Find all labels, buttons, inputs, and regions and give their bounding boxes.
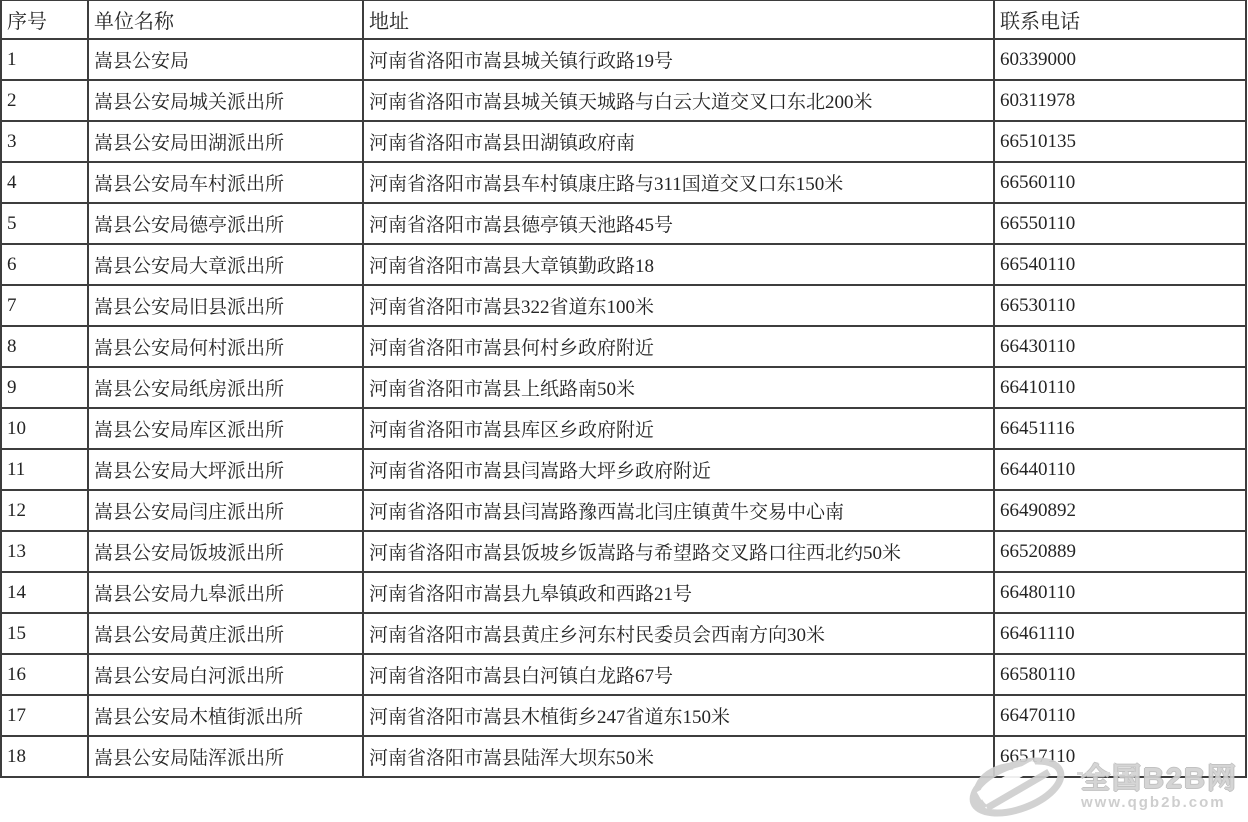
contact-table-sheet: 序号 单位名称 地址 联系电话 1 嵩县公安局 河南省洛阳市嵩县城关镇行政路19… — [0, 0, 1247, 778]
table-row: 1 嵩县公安局 河南省洛阳市嵩县城关镇行政路19号 60339000 — [1, 39, 1246, 80]
cell-phone: 66530110 — [994, 285, 1246, 326]
cell-index: 3 — [1, 121, 88, 162]
cell-name: 嵩县公安局白河派出所 — [88, 654, 363, 695]
cell-address: 河南省洛阳市嵩县城关镇行政路19号 — [363, 39, 994, 80]
table-row: 8 嵩县公安局何村派出所 河南省洛阳市嵩县何村乡政府附近 66430110 — [1, 326, 1246, 367]
cell-address: 河南省洛阳市嵩县德亭镇天池路45号 — [363, 203, 994, 244]
cell-index: 15 — [1, 613, 88, 654]
table-body: 1 嵩县公安局 河南省洛阳市嵩县城关镇行政路19号 60339000 2 嵩县公… — [1, 39, 1246, 777]
cell-index: 5 — [1, 203, 88, 244]
cell-address: 河南省洛阳市嵩县木植街乡247省道东150米 — [363, 695, 994, 736]
table-row: 17 嵩县公安局木植街派出所 河南省洛阳市嵩县木植街乡247省道东150米 66… — [1, 695, 1246, 736]
cell-phone: 66430110 — [994, 326, 1246, 367]
cell-index: 4 — [1, 162, 88, 203]
table-row: 12 嵩县公安局闫庄派出所 河南省洛阳市嵩县闫嵩路豫西嵩北闫庄镇黄牛交易中心南 … — [1, 490, 1246, 531]
table-row: 9 嵩县公安局纸房派出所 河南省洛阳市嵩县上纸路南50米 66410110 — [1, 367, 1246, 408]
cell-name: 嵩县公安局大坪派出所 — [88, 449, 363, 490]
cell-name: 嵩县公安局闫庄派出所 — [88, 490, 363, 531]
cell-address: 河南省洛阳市嵩县田湖镇政府南 — [363, 121, 994, 162]
cell-index: 9 — [1, 367, 88, 408]
cell-name: 嵩县公安局何村派出所 — [88, 326, 363, 367]
cell-name: 嵩县公安局田湖派出所 — [88, 121, 363, 162]
column-header-name: 单位名称 — [88, 0, 363, 39]
cell-phone: 66540110 — [994, 244, 1246, 285]
cell-name: 嵩县公安局 — [88, 39, 363, 80]
cell-phone: 66440110 — [994, 449, 1246, 490]
cell-address: 河南省洛阳市嵩县大章镇勤政路18 — [363, 244, 994, 285]
cell-phone: 66560110 — [994, 162, 1246, 203]
cell-phone: 66510135 — [994, 121, 1246, 162]
cell-name: 嵩县公安局陆浑派出所 — [88, 736, 363, 777]
cell-address: 河南省洛阳市嵩县闫嵩路豫西嵩北闫庄镇黄牛交易中心南 — [363, 490, 994, 531]
cell-address: 河南省洛阳市嵩县322省道东100米 — [363, 285, 994, 326]
table-row: 11 嵩县公安局大坪派出所 河南省洛阳市嵩县闫嵩路大坪乡政府附近 6644011… — [1, 449, 1246, 490]
cell-index: 11 — [1, 449, 88, 490]
cell-address: 河南省洛阳市嵩县城关镇天城路与白云大道交叉口东北200米 — [363, 80, 994, 121]
cell-address: 河南省洛阳市嵩县九皋镇政和西路21号 — [363, 572, 994, 613]
table-row: 5 嵩县公安局德亭派出所 河南省洛阳市嵩县德亭镇天池路45号 66550110 — [1, 203, 1246, 244]
cell-phone: 60339000 — [994, 39, 1246, 80]
cell-index: 1 — [1, 39, 88, 80]
cell-name: 嵩县公安局库区派出所 — [88, 408, 363, 449]
table-row: 13 嵩县公安局饭坡派出所 河南省洛阳市嵩县饭坡乡饭嵩路与希望路交叉路口往西北约… — [1, 531, 1246, 572]
column-header-index: 序号 — [1, 0, 88, 39]
cell-address: 河南省洛阳市嵩县饭坡乡饭嵩路与希望路交叉路口往西北约50米 — [363, 531, 994, 572]
cell-address: 河南省洛阳市嵩县库区乡政府附近 — [363, 408, 994, 449]
cell-address: 河南省洛阳市嵩县上纸路南50米 — [363, 367, 994, 408]
cell-phone: 60311978 — [994, 80, 1246, 121]
cell-index: 17 — [1, 695, 88, 736]
cell-name: 嵩县公安局饭坡派出所 — [88, 531, 363, 572]
table-row: 6 嵩县公安局大章派出所 河南省洛阳市嵩县大章镇勤政路18 66540110 — [1, 244, 1246, 285]
cell-index: 10 — [1, 408, 88, 449]
cell-address: 河南省洛阳市嵩县何村乡政府附近 — [363, 326, 994, 367]
cell-address: 河南省洛阳市嵩县白河镇白龙路67号 — [363, 654, 994, 695]
cell-name: 嵩县公安局车村派出所 — [88, 162, 363, 203]
police-contact-table: 序号 单位名称 地址 联系电话 1 嵩县公安局 河南省洛阳市嵩县城关镇行政路19… — [0, 0, 1247, 778]
cell-index: 18 — [1, 736, 88, 777]
cell-phone: 66480110 — [994, 572, 1246, 613]
cell-index: 12 — [1, 490, 88, 531]
table-row: 2 嵩县公安局城关派出所 河南省洛阳市嵩县城关镇天城路与白云大道交叉口东北200… — [1, 80, 1246, 121]
table-row: 7 嵩县公安局旧县派出所 河南省洛阳市嵩县322省道东100米 66530110 — [1, 285, 1246, 326]
table-header: 序号 单位名称 地址 联系电话 — [1, 0, 1246, 39]
cell-phone: 66410110 — [994, 367, 1246, 408]
cell-address: 河南省洛阳市嵩县黄庄乡河东村民委员会西南方向30米 — [363, 613, 994, 654]
table-row: 4 嵩县公安局车村派出所 河南省洛阳市嵩县车村镇康庄路与311国道交叉口东150… — [1, 162, 1246, 203]
cell-address: 河南省洛阳市嵩县陆浑大坝东50米 — [363, 736, 994, 777]
cell-name: 嵩县公安局旧县派出所 — [88, 285, 363, 326]
cell-name: 嵩县公安局城关派出所 — [88, 80, 363, 121]
column-header-phone: 联系电话 — [994, 0, 1246, 39]
cell-name: 嵩县公安局德亭派出所 — [88, 203, 363, 244]
cell-phone: 66580110 — [994, 654, 1246, 695]
cell-phone: 66520889 — [994, 531, 1246, 572]
cell-index: 8 — [1, 326, 88, 367]
cell-phone: 66461110 — [994, 613, 1246, 654]
cell-phone: 66490892 — [994, 490, 1246, 531]
cell-name: 嵩县公安局九皋派出所 — [88, 572, 363, 613]
table-row: 18 嵩县公安局陆浑派出所 河南省洛阳市嵩县陆浑大坝东50米 66517110 — [1, 736, 1246, 777]
cell-phone: 66517110 — [994, 736, 1246, 777]
cell-name: 嵩县公安局木植街派出所 — [88, 695, 363, 736]
table-row: 14 嵩县公安局九皋派出所 河南省洛阳市嵩县九皋镇政和西路21号 6648011… — [1, 572, 1246, 613]
cell-index: 14 — [1, 572, 88, 613]
table-row: 16 嵩县公安局白河派出所 河南省洛阳市嵩县白河镇白龙路67号 66580110 — [1, 654, 1246, 695]
table-row: 3 嵩县公安局田湖派出所 河南省洛阳市嵩县田湖镇政府南 66510135 — [1, 121, 1246, 162]
header-row: 序号 单位名称 地址 联系电话 — [1, 0, 1246, 39]
column-header-address: 地址 — [363, 0, 994, 39]
cell-phone: 66470110 — [994, 695, 1246, 736]
cell-index: 7 — [1, 285, 88, 326]
cell-name: 嵩县公安局黄庄派出所 — [88, 613, 363, 654]
cell-address: 河南省洛阳市嵩县闫嵩路大坪乡政府附近 — [363, 449, 994, 490]
cell-address: 河南省洛阳市嵩县车村镇康庄路与311国道交叉口东150米 — [363, 162, 994, 203]
cell-name: 嵩县公安局纸房派出所 — [88, 367, 363, 408]
table-row: 15 嵩县公安局黄庄派出所 河南省洛阳市嵩县黄庄乡河东村民委员会西南方向30米 … — [1, 613, 1246, 654]
watermark-url: www.qgb2b.com — [1081, 794, 1226, 811]
cell-phone: 66451116 — [994, 408, 1246, 449]
table-row: 10 嵩县公安局库区派出所 河南省洛阳市嵩县库区乡政府附近 66451116 — [1, 408, 1246, 449]
cell-index: 16 — [1, 654, 88, 695]
cell-index: 6 — [1, 244, 88, 285]
cell-phone: 66550110 — [994, 203, 1246, 244]
cell-index: 13 — [1, 531, 88, 572]
cell-name: 嵩县公安局大章派出所 — [88, 244, 363, 285]
cell-index: 2 — [1, 80, 88, 121]
